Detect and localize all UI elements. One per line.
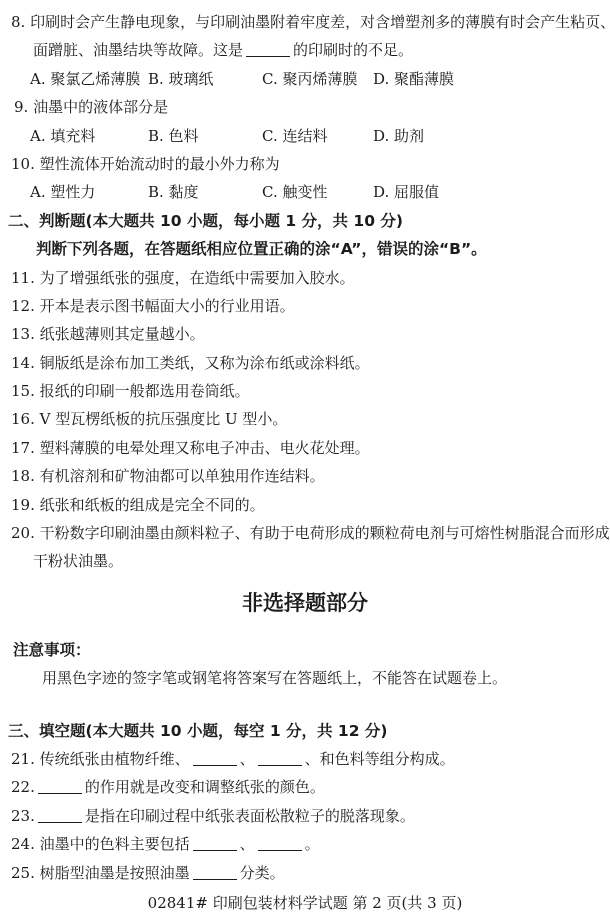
question-9-text: 9. 油墨中的液体部分是 <box>14 98 168 116</box>
notice-label: 注意事项： <box>0 636 610 664</box>
question-20-line-2: 干粉状油墨。 <box>0 547 610 575</box>
question-19: 19. 纸张和纸板的组成是完全不同的。 <box>0 491 610 519</box>
question-23-text-a: 23. <box>11 807 35 825</box>
section-2-title: 二、判断题(本大题共 10 小题，每小题 1 分，共 10 分) <box>8 212 403 230</box>
question-11: 11. 为了增强纸张的强度，在造纸中需要加入胶水。 <box>0 264 610 292</box>
question-8-line-1: 8. 印刷时会产生静电现象，与印刷油墨附着牢度差，对含增塑剂多的薄膜有时会产生粘… <box>0 8 610 36</box>
question-21: 21. 传统纸张由植物纤维、、、和色料等组分构成。 <box>0 745 610 773</box>
option-c: C. 聚丙烯薄膜 <box>262 65 373 93</box>
answer-blank <box>193 836 237 851</box>
question-20-text-2: 干粉状油墨。 <box>33 552 123 570</box>
answer-blank <box>258 836 302 851</box>
question-25: 25. 树脂型油墨是按照油墨分类。 <box>0 859 610 887</box>
question-14-text: 14. 铜版纸是涂布加工类纸，又称为涂布纸或涂料纸。 <box>11 354 370 372</box>
option-b: B. 色料 <box>148 122 262 150</box>
question-13: 13. 纸张越薄则其定量越小。 <box>0 320 610 348</box>
question-24: 24. 油墨中的色料主要包括、。 <box>0 830 610 858</box>
question-20-text-1: 20. 干粉数字印刷油墨由颜料粒子、有助于电荷形成的颗粒荷电剂与可熔性树脂混合而… <box>11 524 610 542</box>
question-24-text-c: 。 <box>305 835 320 853</box>
question-16-text: 16. V 型瓦楞纸板的抗压强度比 U 型小。 <box>11 410 287 428</box>
part-b-title-text: 非选择题部分 <box>242 591 368 615</box>
question-24-text-a: 24. 油墨中的色料主要包括 <box>11 835 190 853</box>
question-21-text-c: 、和色料等组分构成。 <box>305 750 455 768</box>
question-22-text-a: 22. <box>11 778 35 796</box>
question-8-text-1: 8. 印刷时会产生静电现象，与印刷油墨附着牢度差，对含增塑剂多的薄膜有时会产生粘… <box>11 13 610 31</box>
section-2-header: 二、判断题(本大题共 10 小题，每小题 1 分，共 10 分) <box>0 207 610 235</box>
question-8-text-2a: 面蹭脏、油墨结块等故障。这是 <box>33 41 243 59</box>
exam-paper-page: 8. 印刷时会产生静电现象，与印刷油墨附着牢度差，对含增塑剂多的薄膜有时会产生粘… <box>0 0 610 922</box>
question-9-options: A. 填充料 B. 色料 C. 连结料 D. 助剂 <box>0 122 610 150</box>
question-17: 17. 塑料薄膜的电晕处理又称电子冲击、电火花处理。 <box>0 434 610 462</box>
question-25-text-b: 分类。 <box>240 864 285 882</box>
question-20-line-1: 20. 干粉数字印刷油墨由颜料粒子、有助于电荷形成的颗粒荷电剂与可熔性树脂混合而… <box>0 519 610 547</box>
question-21-text-b: 、 <box>240 750 255 768</box>
question-16: 16. V 型瓦楞纸板的抗压强度比 U 型小。 <box>0 405 610 433</box>
question-8-line-2: 面蹭脏、油墨结块等故障。这是的印刷时的不足。 <box>0 36 610 64</box>
question-21-text-a: 21. 传统纸张由植物纤维、 <box>11 750 190 768</box>
option-c: C. 触变性 <box>262 178 373 206</box>
option-d: D. 聚酯薄膜 <box>373 65 610 93</box>
option-a: A. 塑性力 <box>30 178 148 206</box>
option-a: A. 聚氯乙烯薄膜 <box>30 65 148 93</box>
page-footer-text: 02841# 印刷包装材料学试题 第 2 页(共 3 页) <box>148 894 463 912</box>
question-18-text: 18. 有机溶剂和矿物油都可以单独用作连结料。 <box>11 467 325 485</box>
question-10-options: A. 塑性力 B. 黏度 C. 触变性 D. 屈服值 <box>0 178 610 206</box>
question-22: 22.的作用就是改变和调整纸张的颜色。 <box>0 773 610 801</box>
notice-text-content: 用黑色字迹的签字笔或钢笔将答案写在答题纸上，不能答在试题卷上。 <box>42 669 507 687</box>
question-12: 12. 开本是表示图书幅面大小的行业用语。 <box>0 292 610 320</box>
question-17-text: 17. 塑料薄膜的电晕处理又称电子冲击、电火花处理。 <box>11 439 370 457</box>
question-19-text: 19. 纸张和纸板的组成是完全不同的。 <box>11 496 265 514</box>
question-23-text-b: 是指在印刷过程中纸张表面松散粒子的脱落现象。 <box>85 807 415 825</box>
question-23: 23.是指在印刷过程中纸张表面松散粒子的脱落现象。 <box>0 802 610 830</box>
answer-blank <box>38 808 82 823</box>
question-8-options: A. 聚氯乙烯薄膜 B. 玻璃纸 C. 聚丙烯薄膜 D. 聚酯薄膜 <box>0 65 610 93</box>
question-15: 15. 报纸的印刷一般都选用卷筒纸。 <box>0 377 610 405</box>
answer-blank <box>38 779 82 794</box>
question-15-text: 15. 报纸的印刷一般都选用卷筒纸。 <box>11 382 250 400</box>
question-10-stem: 10. 塑性流体开始流动时的最小外力称为 <box>0 150 610 178</box>
option-b: B. 玻璃纸 <box>148 65 262 93</box>
question-12-text: 12. 开本是表示图书幅面大小的行业用语。 <box>11 297 295 315</box>
option-c: C. 连结料 <box>262 122 373 150</box>
section-2-instruction-text: 判断下列各题，在答题纸相应位置正确的涂“A”，错误的涂“B”。 <box>36 240 487 258</box>
part-b-title: 非选择题部分 <box>0 586 610 620</box>
page-footer: 02841# 印刷包装材料学试题 第 2 页(共 3 页) <box>0 889 610 917</box>
question-25-text-a: 25. 树脂型油墨是按照油墨 <box>11 864 190 882</box>
option-d: D. 屈服值 <box>373 178 610 206</box>
notice-label-text: 注意事项： <box>13 641 91 659</box>
question-18: 18. 有机溶剂和矿物油都可以单独用作连结料。 <box>0 462 610 490</box>
section-2-instruction: 判断下列各题，在答题纸相应位置正确的涂“A”，错误的涂“B”。 <box>0 235 610 263</box>
section-3-header: 三、填空题(本大题共 10 小题，每空 1 分，共 12 分) <box>0 717 610 745</box>
answer-blank <box>246 42 290 57</box>
question-22-text-b: 的作用就是改变和调整纸张的颜色。 <box>85 778 325 796</box>
answer-blank <box>193 865 237 880</box>
question-10-text: 10. 塑性流体开始流动时的最小外力称为 <box>11 155 280 173</box>
option-b: B. 黏度 <box>148 178 262 206</box>
question-13-text: 13. 纸张越薄则其定量越小。 <box>11 325 205 343</box>
notice-text: 用黑色字迹的签字笔或钢笔将答案写在答题纸上，不能答在试题卷上。 <box>0 664 610 692</box>
option-a: A. 填充料 <box>30 122 148 150</box>
question-14: 14. 铜版纸是涂布加工类纸，又称为涂布纸或涂料纸。 <box>0 349 610 377</box>
section-3-title: 三、填空题(本大题共 10 小题，每空 1 分，共 12 分) <box>8 722 387 740</box>
question-24-text-b: 、 <box>240 835 255 853</box>
question-11-text: 11. 为了增强纸张的强度，在造纸中需要加入胶水。 <box>11 269 355 287</box>
question-9-stem: 9. 油墨中的液体部分是 <box>0 93 610 121</box>
option-d: D. 助剂 <box>373 122 610 150</box>
answer-blank <box>258 751 302 766</box>
question-8-text-2b: 的印刷时的不足。 <box>293 41 413 59</box>
answer-blank <box>193 751 237 766</box>
